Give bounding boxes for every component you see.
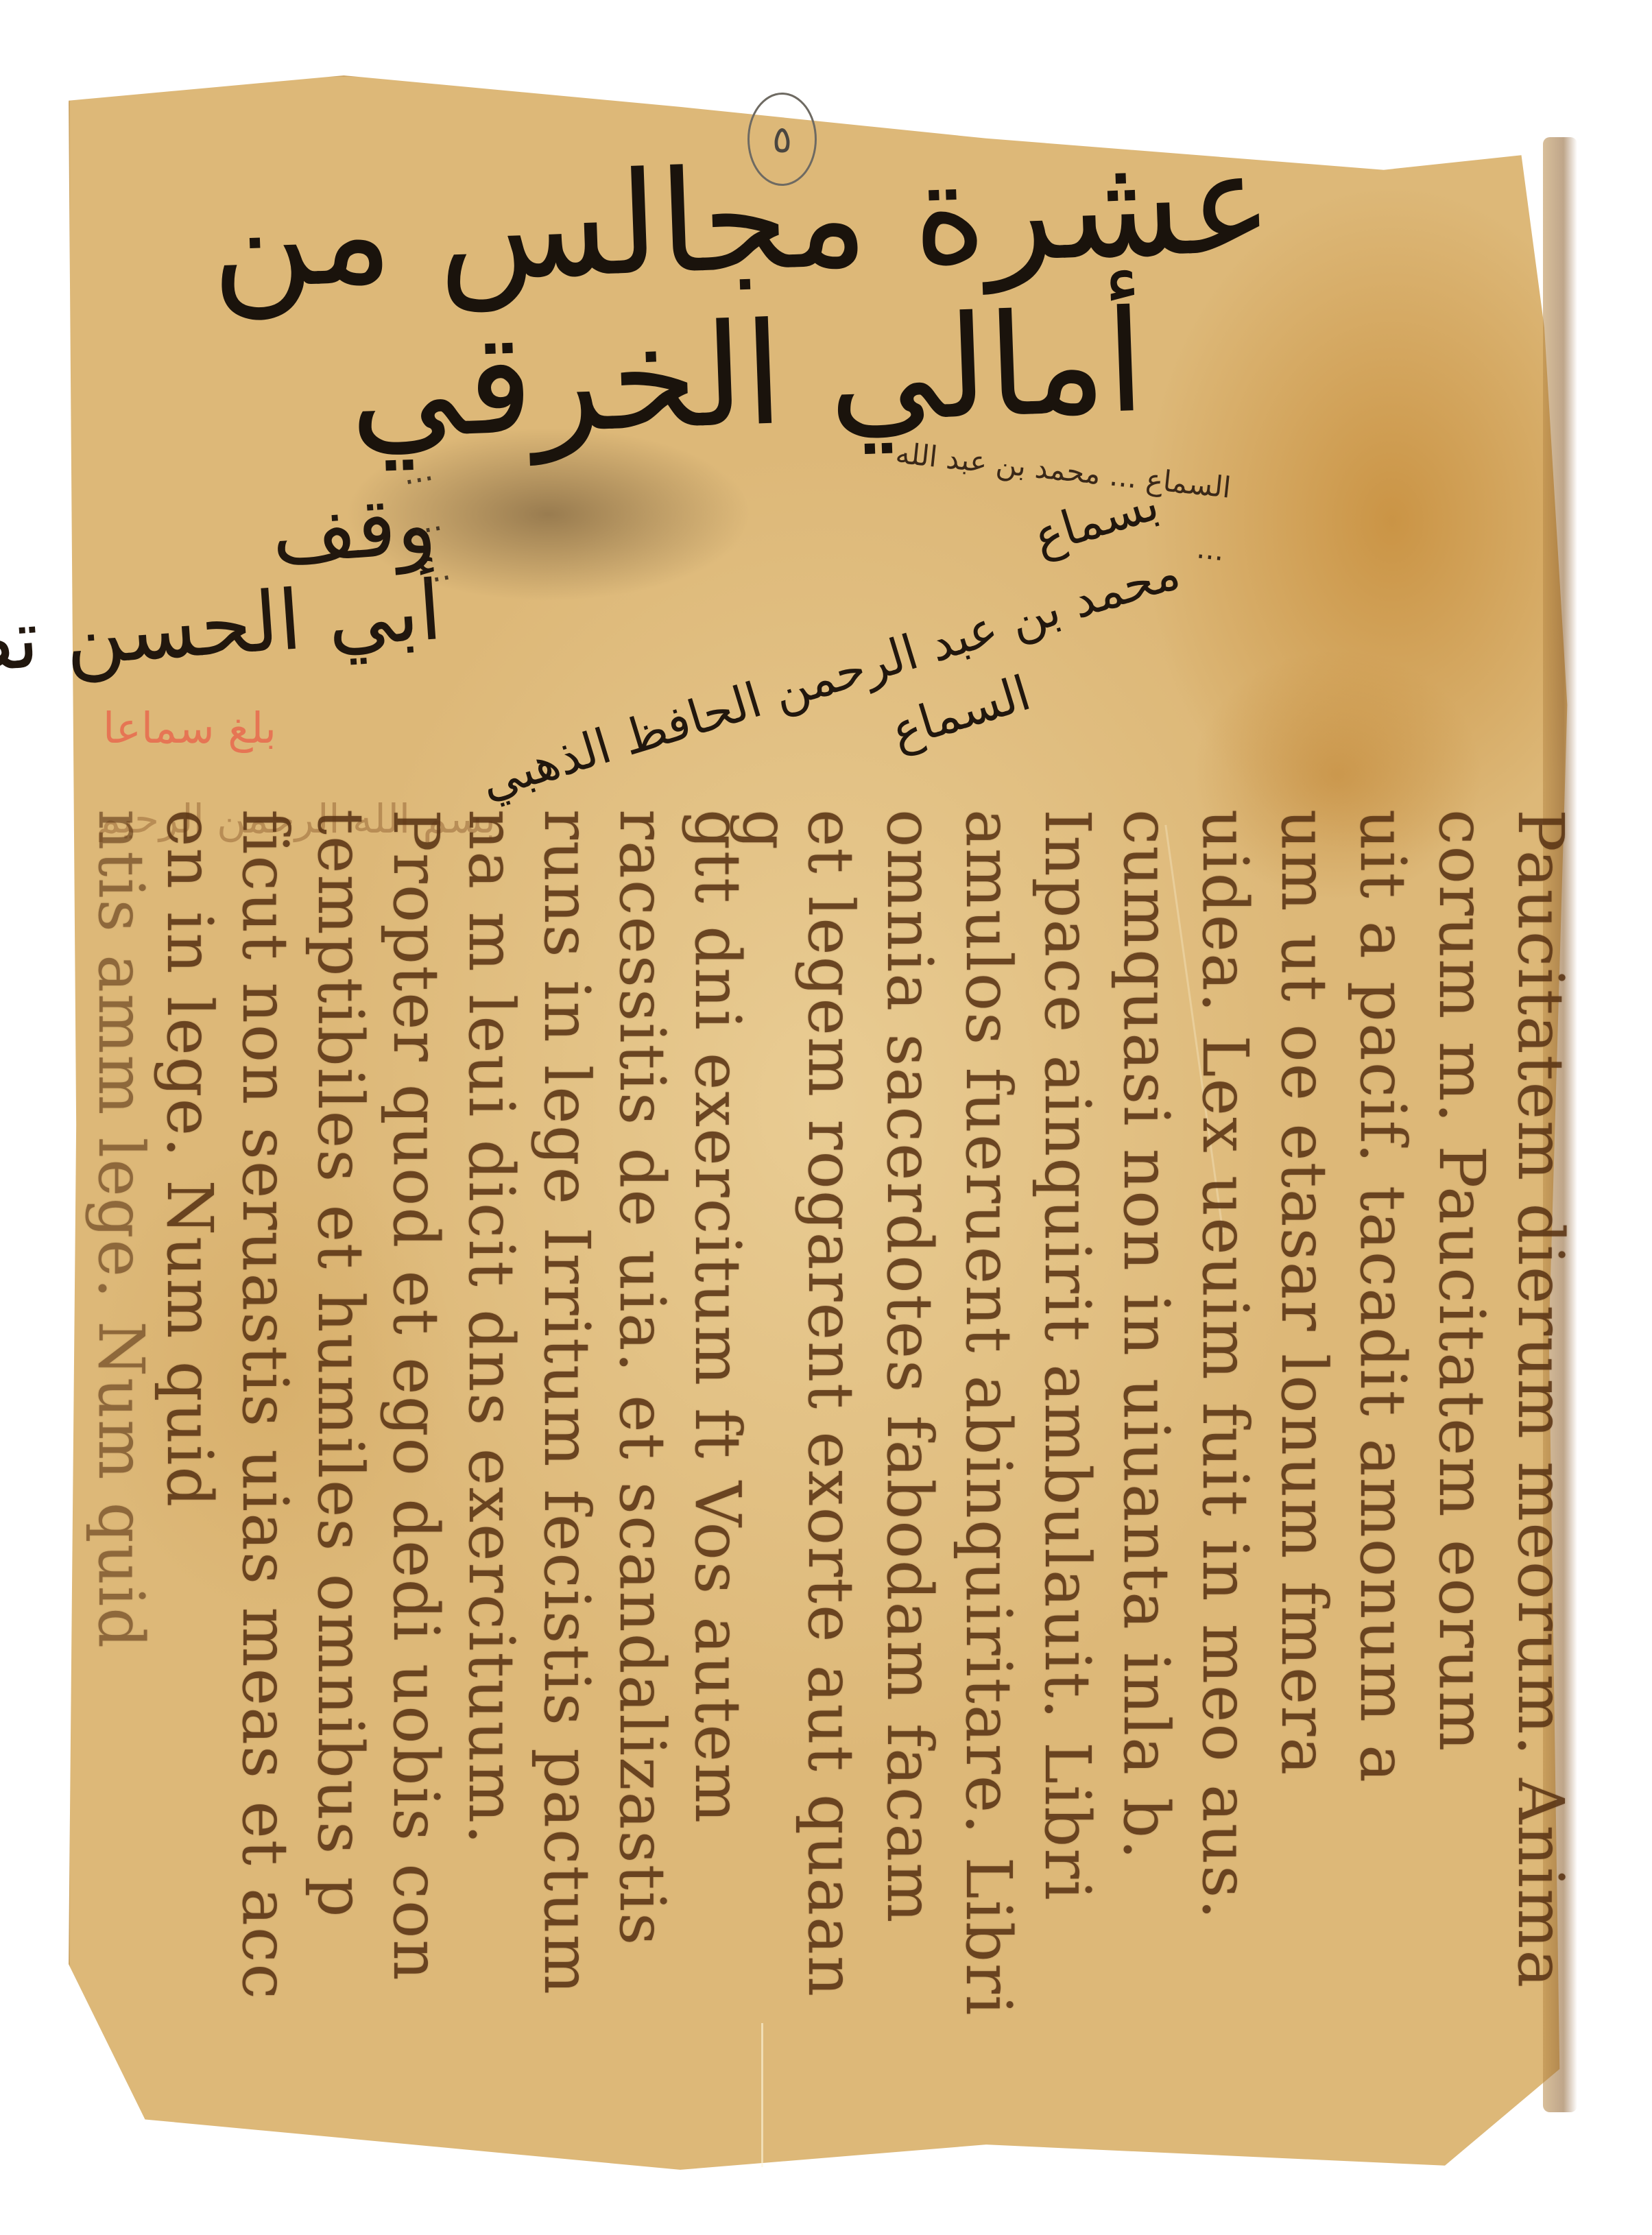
latin-line: Inpace ainquirit ambulauit. Libri <box>1022 809 1104 2126</box>
latin-line: corum m. Paucitatem eorum <box>1416 809 1498 2126</box>
latin-line: omnia sacerdotes fabodam facam <box>864 809 946 2126</box>
latin-line: uidea. Lex ueuim fuit in meo aus. <box>1180 809 1262 2126</box>
latin-line: cumquasi non in uiuanta inla b. <box>1101 809 1183 2126</box>
arabic-title: عشرة مجالس من أمالي الخرقي <box>77 121 1411 476</box>
waqf-endowment-note: وقف أبي الحسن تصنيف <box>77 481 444 679</box>
latin-line: Propter quod et ego dedi uobis con <box>370 809 453 2126</box>
latin-line: temptibiles et humiles omnibus p <box>295 809 377 2126</box>
latin-line: um ut oe etasar lonum fmera <box>1258 809 1341 2126</box>
latin-line: ficut non seruastis uias meas et acc <box>219 809 302 2126</box>
red-ink-note: بلغ سماعا <box>103 703 276 753</box>
latin-line: amulos fueruent abinquiritare. Libri <box>943 809 1025 2126</box>
latin-line: na m leui dicit dns exercituum. <box>446 809 528 2126</box>
latin-line: racessitis de uia. et scandalizastis <box>597 809 679 2126</box>
latin-line: uit a pacif. tacadit amonum a <box>1337 809 1420 2126</box>
latin-line: et legem rogarent exorte aut quaan <box>785 809 867 2126</box>
latin-undertext: Paucitatem dierum meorum. Anima corum m.… <box>82 809 1557 2126</box>
latin-line: ntis amm lege. Num quid <box>75 809 158 2126</box>
latin-line: runs in lege Irritum fecistis pactum <box>521 809 603 2126</box>
latin-line: gtt dni exercitum ft Vos autem <box>672 809 754 2126</box>
latin-line: Paucitatem dierum meorum. Anima <box>1495 809 1577 2126</box>
